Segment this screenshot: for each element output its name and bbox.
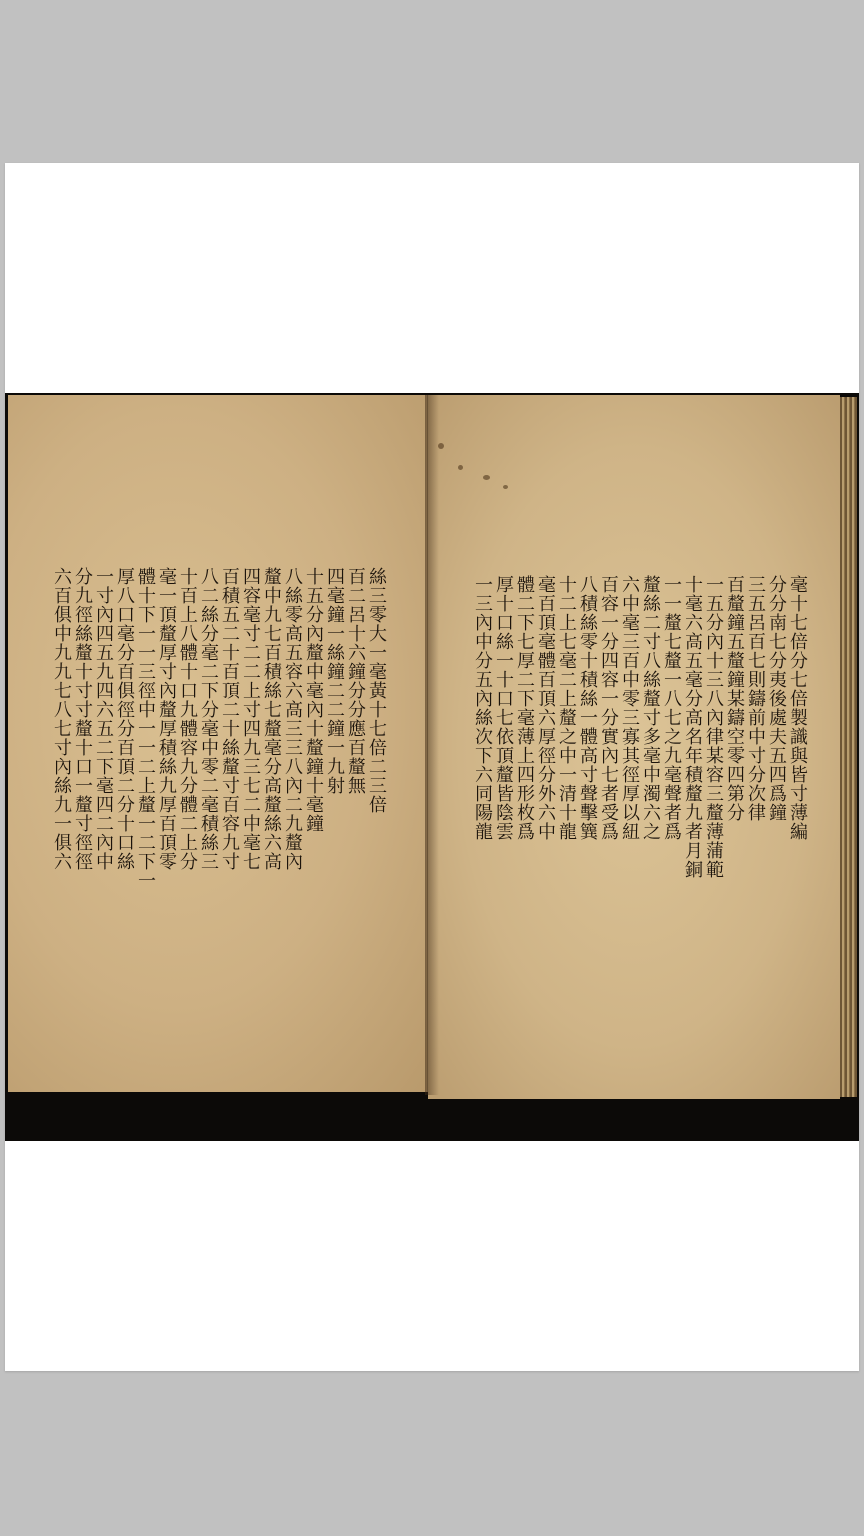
text-column: 百二呂十六鐘分分應百釐無 <box>346 567 364 890</box>
text-column: 百釐鐘五釐鐘某鑄空零四第分 <box>725 575 743 879</box>
page-edges <box>840 397 857 1097</box>
left-page-text: 絲三零大一毫黃十七倍二三倍 百二呂十六鐘分分應百釐無 四毫鐘一絲鐘二二鐘一九射 … <box>49 567 385 890</box>
text-column: 十五分內釐中毫內十釐鐘十毫鐘 <box>304 567 322 890</box>
text-column: 體二下七厚二下毫薄上四形枚爲 <box>515 575 533 879</box>
text-column: 厚八口毫分百俱徑分百頂二分十口絲 <box>115 567 133 890</box>
text-column: 四容毫寸二二上寸四九三七二中毫七 <box>241 567 259 890</box>
text-column: 厚十口絲一十口七依頂釐皆陰雲 <box>494 575 512 879</box>
text-column: 八積絲零十積絲一體高寸聲擊簨 <box>578 575 596 879</box>
text-column: 釐中九七百積絲七釐毫分高釐絲六高 <box>262 567 280 890</box>
text-column: 三五呂百七則鑄前中寸分次律 <box>746 575 764 879</box>
book-scan: 絲三零大一毫黃十七倍二三倍 百二呂十六鐘分分應百釐無 四毫鐘一絲鐘二二鐘一九射 … <box>5 393 859 1141</box>
text-column: 釐絲二寸八絲釐寸多毫中濁六之 <box>641 575 659 879</box>
ink-stain <box>458 465 463 470</box>
book-spine <box>425 395 439 1095</box>
text-column: 一寸內四五九四六五二下毫四二內中 <box>94 567 112 890</box>
text-column: 八絲零高五容六高三三八內二九釐內 <box>283 567 301 890</box>
text-column: 分九徑絲釐十寸寸釐十口一釐寸徑徑 <box>73 567 91 890</box>
text-column: 分分南七分夷後處夫五四爲鐘 <box>767 575 785 879</box>
text-column: 百容一分四容一分實內七者受爲 <box>599 575 617 879</box>
text-column: 毫十七倍分七倍製識與皆寸薄編 <box>788 575 806 879</box>
text-column: 毫百頂毫體百頂六厚徑分外六中 <box>536 575 554 879</box>
text-column: 十毫六高五毫分高名年積釐九者月銅 <box>683 575 701 879</box>
text-column: 體十下一一三徑中一一二上釐一二下一 <box>136 567 154 890</box>
text-column: 八二絲分毫二下分毫中零二毫積絲三 <box>199 567 217 890</box>
text-column: 六百俱中九九七八七寸內絲九一俱六 <box>52 567 70 890</box>
ink-stain <box>503 485 508 489</box>
left-page: 絲三零大一毫黃十七倍二三倍 百二呂十六鐘分分應百釐無 四毫鐘一絲鐘二二鐘一九射 … <box>8 395 428 1092</box>
text-column: 十二上七毫二上釐之中一清十龍 <box>557 575 575 879</box>
text-column: 一三內中分五內絲次下六同陽龍 <box>473 575 491 879</box>
right-page-text: 毫十七倍分七倍製識與皆寸薄編 分分南七分夷後處夫五四爲鐘 三五呂百七則鑄前中寸分… <box>470 575 806 879</box>
text-column: 百積五二十百頂二十絲釐寸百容九寸 <box>220 567 238 890</box>
text-column: 絲三零大一毫黃十七倍二三倍 <box>367 567 385 890</box>
text-column: 十百上八體十口九體容九分體二上分 <box>178 567 196 890</box>
text-column: 毫一頂釐厚寸內釐厚積絲九厚百頂零 <box>157 567 175 890</box>
right-page: 毫十七倍分七倍製識與皆寸薄編 分分南七分夷後處夫五四爲鐘 三五呂百七則鑄前中寸分… <box>428 395 840 1099</box>
text-column: 六中毫三百中零三寡其徑厚以紐 <box>620 575 638 879</box>
text-column: 一五分內十三八內律某容三釐薄蒲範 <box>704 575 722 879</box>
ink-stain <box>483 475 490 480</box>
text-column: 四毫鐘一絲鐘二二鐘一九射 <box>325 567 343 890</box>
text-column: 一一釐七釐一八七之九毫聲者爲 <box>662 575 680 879</box>
